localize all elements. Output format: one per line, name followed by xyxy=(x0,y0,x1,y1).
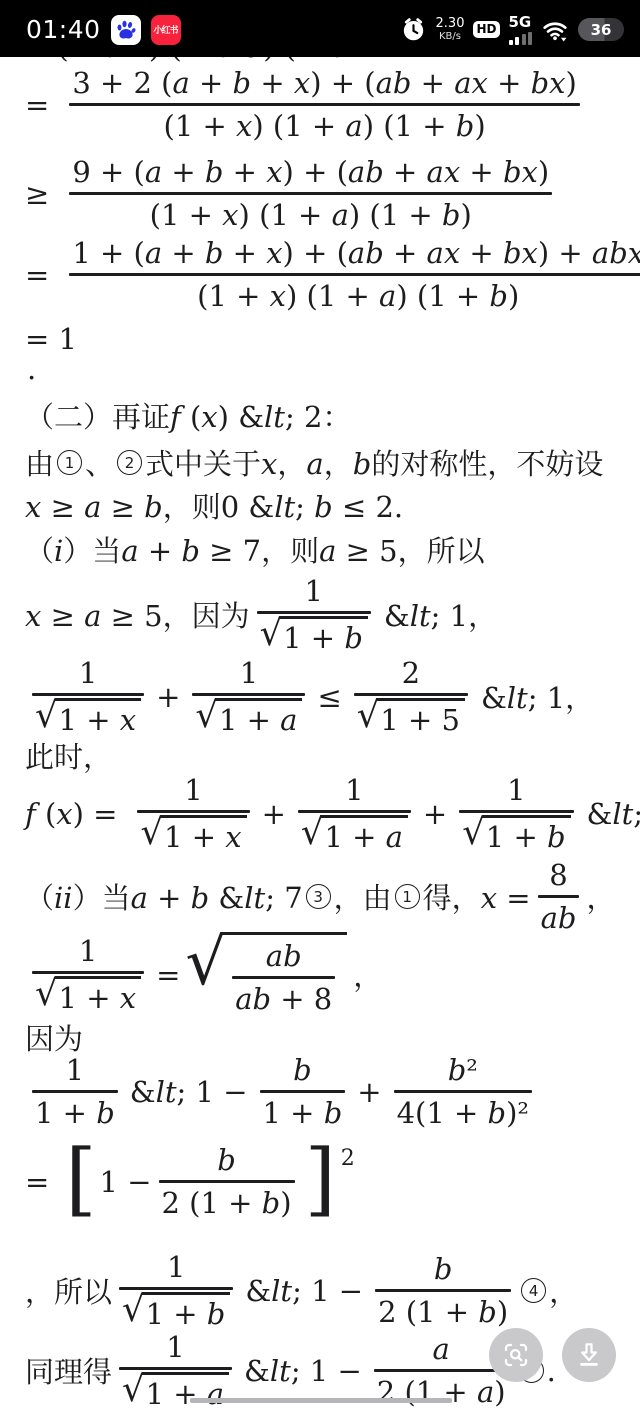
battery-level: 36 xyxy=(591,21,612,39)
denominator: √ 1 + x xyxy=(137,815,249,855)
denominator: 1 + b xyxy=(32,1095,118,1131)
denominator: (1 + x) (1 + a) (1 + b) xyxy=(147,197,475,233)
period: . xyxy=(27,352,36,386)
text-segment: 由 xyxy=(25,442,54,483)
fraction-bar xyxy=(69,103,580,106)
text-segment: . xyxy=(547,1354,556,1388)
numerator: 8 xyxy=(546,857,570,893)
fraction: 1 √ 1 + x xyxy=(32,655,144,739)
period-line: . xyxy=(27,352,36,386)
denominator: 4(1 + b)² xyxy=(394,1095,532,1131)
formula-line-19: ，所以 1 √ 1 + b &lt; 1 − b 2 (1 + b) 4 ， xyxy=(25,1249,578,1333)
circled-number-2: 2 xyxy=(117,450,142,475)
circled-number-3: 3 xyxy=(306,884,331,909)
numerator: a xyxy=(430,1331,453,1367)
math-document: (1 + x) (1 + a) (1 + b) = 3 + 2 (a + b +… xyxy=(0,57,640,1408)
text-segment: 1 − xyxy=(100,1165,152,1199)
fraction-bar xyxy=(374,1369,509,1372)
fraction: 8 ab xyxy=(538,857,580,937)
text-line-part2-heading: （二）再证f (x) &lt; 2： xyxy=(25,395,351,436)
xiaohongshu-label: 小红书 xyxy=(154,23,178,36)
text-segment: （ii）当a + b &lt; 7 xyxy=(25,876,303,917)
numerator: 3 + 2 (a + b + x) + (ab + ax + bx) xyxy=(69,65,580,101)
square-root: √ 1 + x xyxy=(35,976,141,1016)
formula-line-18: = [ 1 − b 2 (1 + b) ] 2 xyxy=(25,1142,355,1222)
clock-time: 01:40 xyxy=(26,15,101,44)
denominator: (1 + x) (1 + a) (1 + b) xyxy=(194,278,522,314)
numerator: b² xyxy=(445,1052,481,1088)
xiaohongshu-icon: 小红书 xyxy=(151,15,181,45)
network-speed-value: 2.30 xyxy=(436,17,465,31)
baidu-paw-glyph xyxy=(114,18,138,42)
radicand: 1 + x xyxy=(160,815,247,855)
image-search-icon xyxy=(501,1340,531,1370)
square-root: √ 1 + b xyxy=(462,815,570,855)
fraction-bar xyxy=(538,895,580,898)
fraction-bar xyxy=(32,1090,118,1093)
fraction: 1 √ 1 + b xyxy=(257,573,371,657)
fraction: 1 √ 1 + b xyxy=(119,1249,233,1333)
text-segment: ， xyxy=(353,954,382,995)
formula-line-4: = 1 xyxy=(25,322,77,356)
fraction: 1 √ 1 + x xyxy=(32,933,144,1017)
numerator: b xyxy=(431,1251,456,1287)
equals-one: = 1 xyxy=(25,322,77,356)
denominator: √ 1 + b xyxy=(257,616,371,656)
text-line-case-i: （i）当a + b ≥ 7，则a ≥ 5，所以 xyxy=(25,529,485,570)
fraction-bar xyxy=(69,192,552,195)
equals-relation: = xyxy=(156,958,180,992)
text-segment: 式中关于x，a，b的对称性，不妨设 xyxy=(145,442,603,483)
fraction: 1 √ 1 + a xyxy=(119,1329,232,1408)
circled-number-1: 1 xyxy=(395,884,420,909)
fraction-bar xyxy=(232,976,335,979)
radicand: 1 + a xyxy=(215,698,302,738)
text-segment: ， xyxy=(586,876,615,917)
wifi-icon xyxy=(541,17,569,43)
radicand: 1 + 5 xyxy=(376,698,465,738)
radicand: 1 + b xyxy=(279,616,368,656)
fraction-bar xyxy=(260,1090,346,1093)
less-than-relation: &lt; 1 − xyxy=(244,1354,362,1388)
fraction: b 1 + b xyxy=(260,1052,346,1132)
text-segment: 、 xyxy=(85,442,114,483)
fx-equals: f (x) = xyxy=(25,797,117,831)
text-line-symmetry: 由 1 、 2 式中关于x，a，b的对称性，不妨设 xyxy=(25,442,603,483)
fraction: 1 √ 1 + a xyxy=(192,655,305,739)
radical-sign: √ xyxy=(185,935,226,993)
square-root: √ 1 + x xyxy=(140,815,246,855)
fraction: b 2 (1 + b) xyxy=(159,1142,295,1222)
square-root: √ 1 + a xyxy=(301,815,408,855)
signal-bar xyxy=(528,32,532,45)
network-type-label: 5G xyxy=(509,15,532,30)
numerator: b xyxy=(214,1142,239,1178)
plus-operator: + xyxy=(156,680,180,714)
radicand: 1 + x xyxy=(55,976,142,1016)
denominator: √ 1 + a xyxy=(298,815,411,855)
text-line-at-this-time: 此时， xyxy=(25,735,112,776)
radicand: 1 + b xyxy=(482,815,571,855)
radicand: ab ab + 8 xyxy=(221,932,347,1018)
text-segment: &lt; 1， xyxy=(384,594,497,635)
denominator: √ 1 + 5 xyxy=(354,698,468,738)
square-root: √ 1 + a xyxy=(195,698,302,738)
fraction: ab ab + 8 xyxy=(232,938,335,1018)
fraction: 2 √ 1 + 5 xyxy=(354,655,468,739)
formula-line-3: = 1 + (a + b + x) + (ab + ax + bx) + abx… xyxy=(25,235,640,315)
fraction-bar xyxy=(375,1289,511,1292)
signal-bar xyxy=(515,37,519,45)
fraction: 1 √ 1 + a xyxy=(298,772,411,856)
numerator: ab xyxy=(263,938,305,974)
formula-line-20: 同理得 1 √ 1 + a &lt; 1 − a 2 (1 + a) 5 . xyxy=(25,1329,556,1408)
formula-line-11: 1 √ 1 + x + 1 √ 1 + a ≤ 2 xyxy=(25,655,594,739)
numerator: 9 + (a + b + x) + (ab + ax + bx) xyxy=(69,154,552,190)
denominator: ab + 8 xyxy=(232,981,335,1017)
denominator: √ 1 + x xyxy=(32,698,144,738)
radicand: 1 + x xyxy=(55,698,142,738)
radicand: 1 + b xyxy=(142,1292,231,1332)
baidu-paw-icon xyxy=(111,15,141,45)
fraction: b² 4(1 + b)² xyxy=(394,1052,532,1132)
cellular-indicator: 5G xyxy=(509,15,533,45)
fraction: 1 √ 1 + x xyxy=(137,772,249,856)
equals-relation: = xyxy=(25,1165,49,1199)
numerator: 1 + (a + b + x) + (ab + ax + bx) + abx xyxy=(69,235,640,271)
radicand: 1 + a xyxy=(320,815,407,855)
denominator: √ 1 + a xyxy=(192,698,305,738)
network-speed-unit: KB/s xyxy=(439,31,461,42)
circled-number-1: 1 xyxy=(57,450,82,475)
text-segment: 同理得 xyxy=(25,1350,112,1391)
circled-number-4: 4 xyxy=(521,1278,546,1303)
alarm-clock-icon xyxy=(400,16,427,43)
numerator: 1 xyxy=(63,1052,87,1088)
fraction: a 2 (1 + a) xyxy=(374,1331,509,1408)
text-segment: x ≥ a ≥ 5，因为 xyxy=(25,594,250,635)
denominator: √ 1 + x xyxy=(32,976,144,1016)
text-segment: （i）当a + b ≥ 7，则a ≥ 5，所以 xyxy=(25,529,485,570)
numerator: 1 xyxy=(237,655,261,691)
fraction-bar xyxy=(394,1090,532,1093)
fraction: 1 √ 1 + b xyxy=(459,772,573,856)
download-button[interactable] xyxy=(562,1328,616,1382)
formula-line-1: = 3 + 2 (a + b + x) + (ab + ax + bx) (1 … xyxy=(25,65,587,145)
formula-line-2: ≥ 9 + (a + b + x) + (ab + ax + bx) (1 + … xyxy=(25,154,559,234)
heading-text: （二）再证f (x) &lt; 2： xyxy=(25,395,351,436)
numerator: 1 xyxy=(181,772,205,808)
text-segment: x ≥ a ≥ b，则0 &lt; b ≤ 2. xyxy=(25,485,403,526)
big-square-root: √ ab ab + 8 xyxy=(185,932,347,1018)
formula-line-17: 1 1 + b &lt; 1 − b 1 + b + b² 4(1 + b)² xyxy=(25,1052,539,1132)
fraction: 3 + 2 (a + b + x) + (ab + ax + bx) (1 + … xyxy=(69,65,580,145)
formula-line-14: （ii）当a + b &lt; 7 3 ，由 1 得，x = 8 ab ， xyxy=(25,857,615,937)
formula-line-15: 1 √ 1 + x = √ ab ab + 8 ， xyxy=(25,932,382,1018)
denominator: 1 + b xyxy=(260,1095,346,1131)
fraction: 9 + (a + b + x) + (ab + ax + bx) (1 + x)… xyxy=(69,154,552,234)
square-root: √ 1 + b xyxy=(122,1292,230,1332)
signal-bar xyxy=(509,40,513,45)
fraction: 1 + (a + b + x) + (ab + ax + bx) + abx (… xyxy=(69,235,640,315)
numerator: 1 xyxy=(342,772,366,808)
denominator: 2 (1 + b) xyxy=(375,1294,511,1330)
download-icon xyxy=(574,1340,604,1370)
numerator: 1 xyxy=(163,1329,187,1365)
denominator: √ 1 + b xyxy=(459,815,573,855)
denominator: 2 (1 + b) xyxy=(159,1185,295,1221)
signal-bar xyxy=(522,34,526,45)
formula-line-13: f (x) = 1 √ 1 + x + 1 √ 1 + a + xyxy=(25,772,640,856)
denominator: ab xyxy=(538,900,580,936)
fraction-bar xyxy=(159,1180,295,1183)
relation: = xyxy=(25,258,49,292)
numerator: b xyxy=(290,1052,315,1088)
fraction-bar xyxy=(69,273,640,276)
square-root: √ 1 + x xyxy=(35,698,141,738)
plus-operator: + xyxy=(262,797,286,831)
relation: = xyxy=(25,88,49,122)
denominator: (1 + x) (1 + a) (1 + b) xyxy=(161,108,489,144)
text-segment: &lt; 1， xyxy=(481,676,594,717)
denominator: √ 1 + b xyxy=(119,1292,233,1332)
status-bar: 01:40 小红书 2.30 KB/s HD 5G xyxy=(0,0,640,57)
less-than-relation: &lt; 1 − xyxy=(245,1274,363,1308)
text-segment: ，由 xyxy=(334,876,392,917)
text-line-ordering: x ≥ a ≥ b，则0 &lt; b ≤ 2. xyxy=(25,485,403,526)
signal-bars-icon xyxy=(509,32,533,45)
hd-icon: HD xyxy=(473,21,499,37)
network-speed: 2.30 KB/s xyxy=(436,17,465,42)
numerator: 1 xyxy=(76,933,100,969)
formula-line-10: x ≥ a ≥ 5，因为 1 √ 1 + b &lt; 1， xyxy=(25,573,497,657)
text-segment: &lt; 2. xyxy=(587,797,640,831)
plus-operator: + xyxy=(357,1075,381,1109)
text-segment: 此时， xyxy=(25,735,112,776)
text-segment: ，所以 xyxy=(25,1270,112,1311)
numerator: 1 xyxy=(504,772,528,808)
plus-operator: + xyxy=(423,797,447,831)
leq-relation: ≤ xyxy=(317,680,341,714)
relation: ≥ xyxy=(25,177,49,211)
numerator: 1 xyxy=(164,1249,188,1285)
square-root: √ 1 + b xyxy=(260,616,368,656)
text-segment: ， xyxy=(549,1270,578,1311)
square-root: √ 1 + 5 xyxy=(357,698,465,738)
image-search-button[interactable] xyxy=(489,1328,543,1382)
fraction: b 2 (1 + b) xyxy=(375,1251,511,1331)
fraction: 1 1 + b xyxy=(32,1052,118,1132)
text-segment: 得，x = xyxy=(423,876,531,917)
less-than-relation: &lt; 1 − xyxy=(130,1075,248,1109)
numerator: 2 xyxy=(399,655,423,691)
numerator: 1 xyxy=(76,655,100,691)
gray-underline xyxy=(190,1398,452,1403)
exponent: 2 xyxy=(341,1146,355,1171)
battery-indicator: 36 xyxy=(578,18,624,41)
numerator: 1 xyxy=(302,573,326,609)
status-bar-right: 2.30 KB/s HD 5G 36 xyxy=(400,15,624,45)
